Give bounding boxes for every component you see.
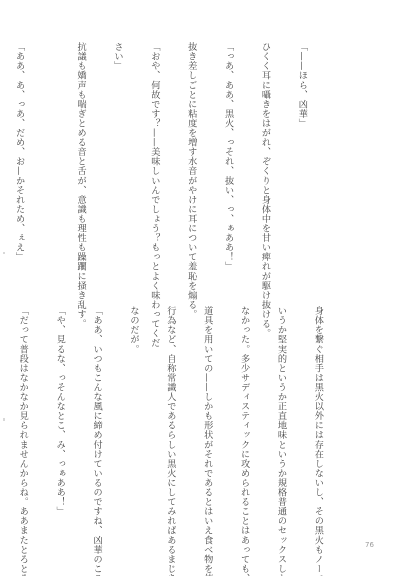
text-column: 「ああ、あ、っあ、だめ、お—かそれため、ぇえ」 [12,42,24,274]
text-column: 抗議も嬌声も喘ぎとめる音と舌が、意識も理性も躁躙に掻き乱す。 [74,42,86,274]
text-column: さい」 [111,42,123,274]
text-column: ひくく耳に囁きをはがれ、ぞくりと身体中を甘い痺れが駆け抜ける。 [258,42,270,274]
text-column: いうか堅実的というか正直地味というか規格普通のセックスしかしてい [274,306,286,554]
text-column: 「っあ、ああ、黒火、っそれ、抜い、っ、ぁああ！」 [221,42,233,274]
page-number: 76 [365,541,374,549]
text-column: 「おや、何故です？——美味しいんでしょう？もっとよく味わってくだ [148,42,160,274]
text-column: 行為など、自称常識人であるらしい黒火にしてみればあるまじきこと [164,306,176,554]
text-column: 抜き差しごとに粘度を増す水音がやけに耳について羞恥を煽る。 [184,42,196,274]
upper-text-block: 「——ほら、凶華」 ひくく耳に囁きをはがれ、ぞくりと身体中を甘い痺れが駆け抜ける… [0,42,332,274]
text-column: なのだが。 [127,306,139,554]
text-column: 「だって普段はなかなか見られませんからね。ああまたとろとろになっ [16,306,28,554]
text-column: 道具を用いての——しかも形状がそれであるとはいえ食べ物を使っての [200,306,212,554]
lower-text-block: 身体を繋ぐ相手は黒火以外には存在しないし、その黒火もノーマルと いうか堅実的とい… [0,306,348,554]
scan-speck [3,418,5,421]
text-column: 「ああ、いつもこんな風に締め付けているのですね、凶華のここは」 [90,306,102,554]
text-column: 「——ほら、凶華」 [295,42,307,274]
scan-speck [3,252,5,254]
text-column: 「や、見るな、っそんなとこ、み、っぁああ！」 [53,306,65,554]
text-column: 身体を繋ぐ相手は黒火以外には存在しないし、その黒火もノーマルと [311,306,323,554]
text-column: なかった。多少サディスティックに攻められることはあっても、何かしら [237,306,249,554]
